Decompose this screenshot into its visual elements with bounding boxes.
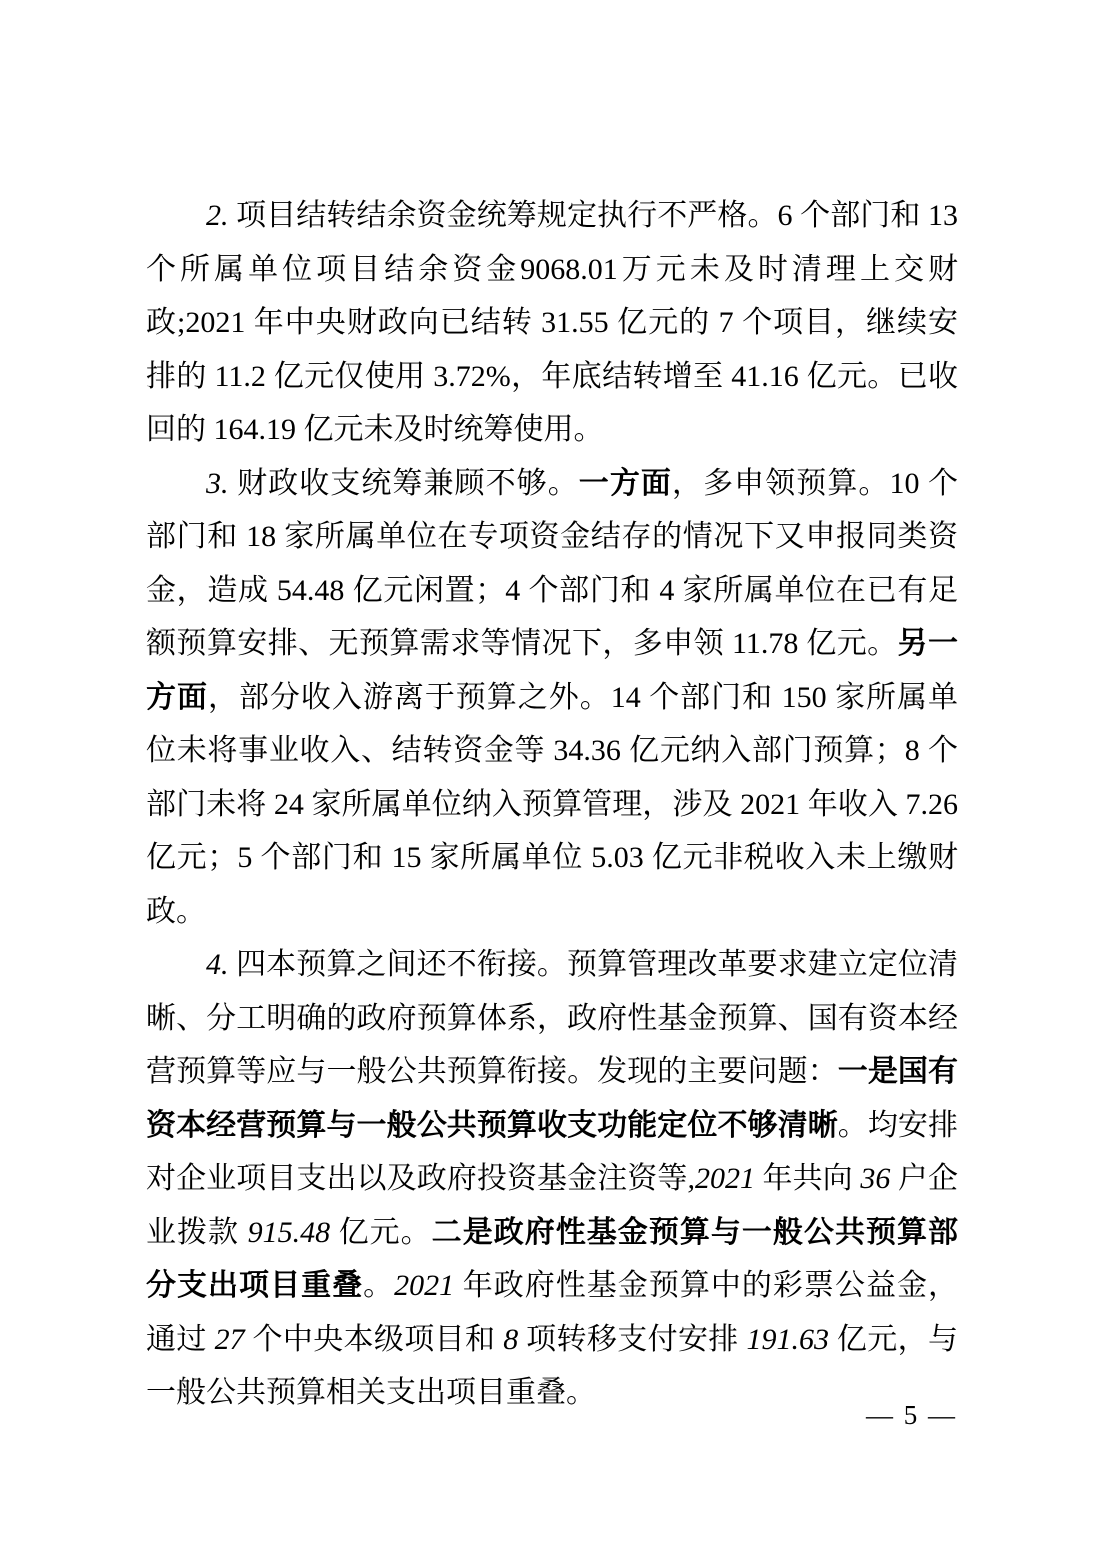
text-run-kai: 2. 项目结转结余资金统筹规定执行不严格。 — [206, 199, 778, 232]
paragraph-3: 4. 四本预算之间还不衔接。预算管理改革要求建立定位清晰、分工明确的政府预算体系… — [146, 938, 958, 1420]
paragraph-2: 3. 财政收支统筹兼顾不够。一方面，多申领预算。10 个部门和 18 家所属单位… — [146, 457, 958, 939]
text-run-song: 14 个部门和 150 家所属单位未将事业收入、结转资金等 34.36 亿元纳入… — [146, 681, 958, 928]
text-run-kai: ，多申领预算。 — [672, 467, 889, 500]
text-run-kai: ，部分收入游离于预算之外。 — [208, 681, 611, 714]
text-run-song: 6 个部门和 13 个所属单位项目结余资金9068.01万元未及时清理上交财政;… — [146, 199, 958, 446]
text-run-kai: 4. 四本预算之间还不衔接。预算管理改革要求建立定位清晰、分工明确的政府预算体系… — [146, 948, 958, 1088]
document-page: 2. 项目结转结余资金统筹规定执行不严格。6 个部门和 13 个所属单位项目结余… — [0, 0, 1102, 1559]
document-body: 2. 项目结转结余资金统筹规定执行不严格。6 个部门和 13 个所属单位项目结余… — [146, 189, 958, 1420]
paragraph-1: 2. 项目结转结余资金统筹规定执行不严格。6 个部门和 13 个所属单位项目结余… — [146, 189, 958, 457]
text-run-kai: 3. 财政收支统筹兼顾不够。 — [206, 467, 579, 500]
page-number: — 5 — — [866, 1398, 957, 1432]
text-run-hei: 一方面 — [579, 466, 672, 501]
